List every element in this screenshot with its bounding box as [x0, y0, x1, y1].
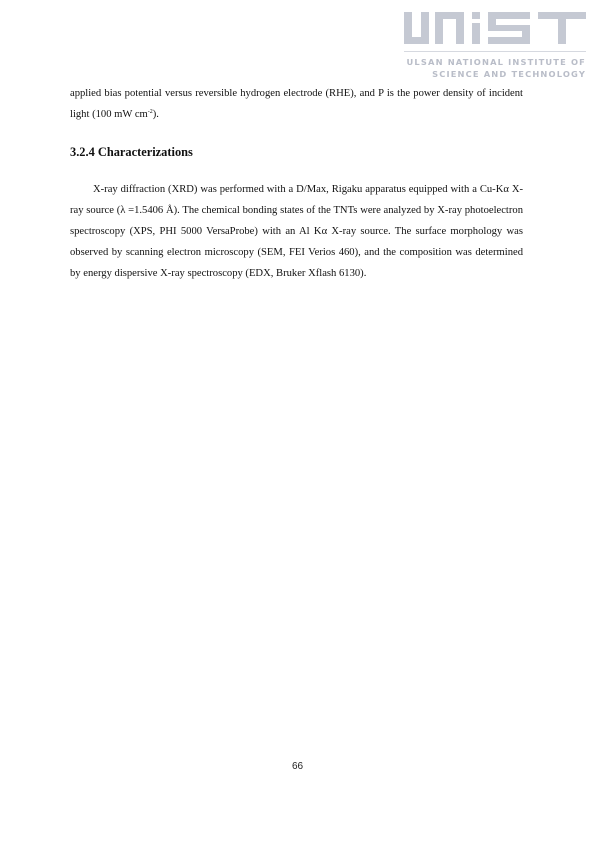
continuation-text: applied bias potential versus reversible…: [70, 88, 523, 120]
page-number: 66: [0, 761, 595, 772]
characterization-paragraph: X-ray diffraction (XRD) was performed wi…: [70, 179, 523, 284]
institution-name-line1: ULSAN NATIONAL INSTITUTE OF: [404, 57, 586, 67]
section-heading: 3.2.4 Characterizations: [70, 142, 523, 163]
institution-name-line2: SCIENCE AND TECHNOLOGY: [404, 69, 586, 79]
continuation-paragraph: applied bias potential versus reversible…: [70, 83, 523, 125]
continuation-text-end: ).: [153, 109, 159, 120]
unist-logo: [404, 10, 586, 46]
logo-divider: [404, 51, 586, 52]
page-content: applied bias potential versus reversible…: [70, 83, 523, 284]
